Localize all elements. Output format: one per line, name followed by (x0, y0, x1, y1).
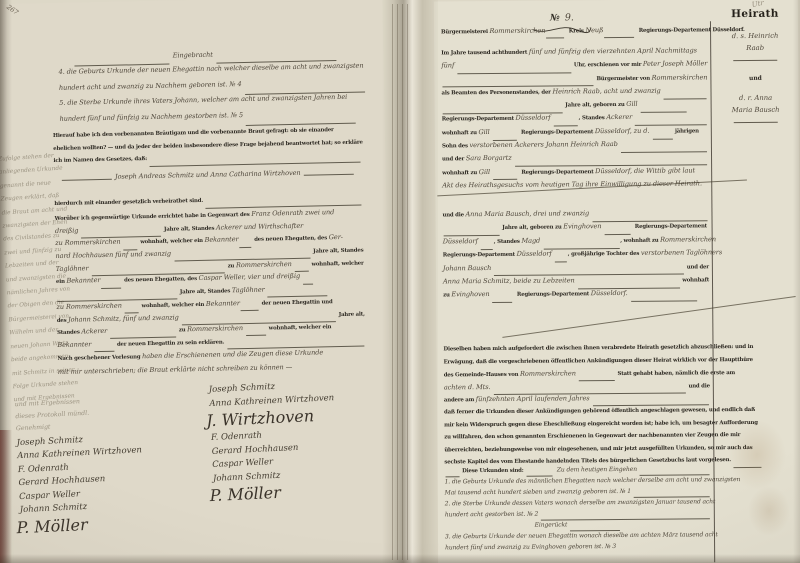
handwritten-text: Ackerer (606, 114, 634, 122)
numero-sign: № (550, 13, 560, 23)
blank-rule (481, 248, 493, 250)
blank-rule (635, 124, 707, 127)
handwritten-text: Rommerskirchen (652, 74, 708, 82)
blank-rule (555, 260, 567, 262)
printed-text: des neuen Ehegatten, des (252, 236, 328, 244)
printed-text: mir kein Widerspruch gegen diese Eheschl… (444, 419, 758, 428)
blank-rule (457, 71, 571, 74)
blank-rule (62, 178, 112, 181)
handwritten-text: Ackerer und Wirthschafter (216, 222, 303, 232)
printed-text: Regierungs-Departement (442, 116, 516, 123)
printed-text: , Standes (579, 116, 607, 123)
margin-bride-name: d. r. AnnaMaria Bausch (717, 91, 795, 117)
blank-rule (94, 350, 114, 352)
margin-rule (733, 58, 777, 60)
blank-rule (592, 219, 707, 222)
printed-text: Nach geschehener Vorlesung (58, 354, 143, 362)
printed-text: und die (687, 383, 710, 390)
blank-rule (246, 334, 266, 336)
printed-text: Jahre alt, Standes (162, 225, 216, 233)
handwritten-text: Joseph Andreas Schmitz und Anna Catharin… (113, 170, 303, 182)
printed-text: , großjährige Tochter des (568, 251, 641, 258)
handwritten-text: Bekannter (206, 300, 240, 309)
printed-text: Standes (57, 330, 81, 337)
right-page: Utr № 9. Heirath d. s. HeinrichRaab und … (434, 0, 800, 563)
printed-text: Regierungs-Departement (631, 224, 707, 231)
blank-rule (634, 495, 710, 498)
blank-rule (102, 286, 122, 288)
handwritten-text: fünf (441, 63, 456, 71)
handwritten-text: Evinghoven (451, 291, 491, 299)
handwritten-text: Düsseldorf, die Wittib gibt laut (595, 167, 695, 176)
text-line: zu Evinghoven Regierungs-Departement Düs… (443, 290, 709, 305)
blank-rule (652, 137, 672, 139)
printed-text: Bürgermeisterei (441, 29, 490, 36)
printed-text: zu (177, 327, 187, 334)
printed-text: wohnhaft, welcher ein (267, 324, 332, 332)
printed-text: des neuen Ehegatten, des (122, 276, 198, 284)
blank-rule (493, 301, 513, 303)
couple-names-line: Joseph Andreas Schmitz und Anna Catharin… (56, 169, 360, 183)
left-page: 267 Zufolge stehen deranliegenden Urkund… (2, 0, 394, 563)
printed-text: Sohn des (442, 143, 470, 150)
blank-rule (125, 311, 139, 313)
handwritten-text: dreißig (55, 227, 81, 235)
handwritten-text: fünf und fünfzig den vierzehnten April N… (529, 47, 697, 56)
printed-text: ich im Namen des Gesetzes, daß: (53, 156, 148, 164)
municipality-header-line: Bürgermeisterei Rommerskirchen Kreis Neu… (441, 26, 707, 40)
handwritten-text: achten d. Mts. (444, 384, 493, 392)
handwritten-text: Gill (478, 129, 491, 137)
blank-rule (631, 300, 697, 303)
handwritten-text: Heinrich Raab, acht und zwanzig (552, 88, 662, 97)
blank-rule (554, 125, 578, 127)
handwritten-text: Neuß (585, 27, 603, 35)
blank-rule (640, 473, 710, 476)
handwritten-text: Zu dem heutigen Eingehen (553, 466, 639, 474)
handwritten-text: Eingebracht (171, 52, 215, 61)
printed-text: Jahre alt, geboren zu (564, 102, 627, 109)
handwritten-text: Gill (626, 101, 639, 109)
blank-rule (150, 161, 361, 167)
handwritten-line: Maria Bausch (717, 104, 795, 117)
blank-rule (621, 150, 707, 153)
register-book-photo: 267 Zufolge stehen deranliegenden Urkund… (0, 0, 800, 563)
handwritten-text: Bekannter (57, 341, 93, 350)
printed-text: , wohnhaft zu (620, 237, 660, 244)
printed-text: Erwägung, daß die vorgeschriebenen öffen… (444, 357, 753, 366)
handwritten-text: hundert fünf und zwanzig zu Evinghoven g… (445, 543, 616, 552)
printed-text: Bürgermeister von (595, 75, 652, 82)
printed-text: der neuen Ehegattin und (260, 299, 333, 307)
handwritten-text: Taglöhner (232, 287, 267, 296)
handwritten-text: Düsseldorf. (591, 290, 630, 298)
handwritten-text: Bekannter (66, 277, 100, 286)
blank-rule (446, 475, 460, 477)
handwritten-text: 2. die Sterbe Urkunde dessen Vaters wona… (445, 498, 716, 507)
printed-text: Kreis (565, 28, 585, 35)
handwritten-text: Anna Maria Bausch, drei und zwanzig (465, 210, 591, 219)
printed-text: Regierungs-Departement (514, 292, 591, 299)
handwritten-text: Sara Borgartz (466, 155, 514, 163)
printed-text: der neuen Ehegattin zu sein erklären. (115, 339, 226, 348)
printed-text: und der (685, 264, 709, 271)
printed-text: und die (442, 212, 465, 219)
blank-rule (593, 404, 709, 407)
blank-rule (664, 97, 707, 99)
printed-text: Regierungs-Departement Düsseldorf. (635, 27, 744, 34)
handwritten-text: Johann Bausch (443, 265, 493, 273)
printed-text: Jahre alt, Standes (178, 288, 232, 296)
printed-text: Regierungs-Departement (518, 169, 595, 176)
printed-text: Regierungs-Departement (518, 129, 595, 136)
book-cover-edge (0, 430, 12, 563)
handwritten-text: Rommerskirchen (520, 371, 578, 379)
printed-text: daß ferner die Urkunden dieser Ankündigu… (444, 407, 755, 416)
printed-text: Diese Urkunden sind: (460, 468, 525, 475)
handwritten-text: Peter Joseph Möller (643, 61, 707, 69)
handwritten-text: zu Rommerskirchen (56, 302, 123, 311)
handwritten-text: haben die Erschienenen und die Zeugen di… (142, 349, 323, 361)
blank-rule (641, 110, 687, 112)
printed-text: zu willfahren, den schon genannten Ersch… (444, 432, 740, 441)
handwritten-text: Düsseldorf, zu d. (595, 128, 652, 136)
blank-rule (734, 466, 762, 468)
blank-rule (241, 309, 259, 311)
printed-text: und der (442, 157, 466, 164)
blank-rule (246, 121, 356, 125)
printed-text: zu (226, 263, 236, 270)
signature: P. Möller (16, 511, 201, 536)
vorlesung-paragraph: Nach geschehener Vorlesung haben die Ers… (58, 349, 366, 382)
margin-rule (734, 120, 778, 122)
handwritten-text: 3. die Geburts Urkunde der neuen Ehegatt… (445, 531, 718, 540)
printed-text: andere am (444, 397, 476, 404)
right-edge-shadow (793, 0, 800, 563)
blank-rule (604, 233, 630, 235)
printed-text: hierdurch mit einander gesetzlich verhei… (54, 198, 204, 208)
record-number-value: 9. (565, 12, 574, 23)
printed-text: Im Jahre tausend achthundert (441, 50, 529, 57)
blank-rule (546, 36, 564, 38)
printed-text: Worüber ich gegenwärtige Urkunde erricht… (55, 212, 252, 223)
handwritten-text: nard Hochhausen fünf und zwanzig (55, 251, 173, 261)
declaration-paragraph: Dieselben haben mich aufgefordert die zw… (444, 344, 711, 472)
printed-text: Statt gehabt haben, nämlich die erste am (616, 370, 735, 377)
handwritten-text: Evinghoven (563, 224, 603, 232)
handwritten-text: Caspar Weller, vier und dreißig (199, 273, 303, 283)
handwritten-text: fünfzehnten April laufenden Jahres (476, 396, 592, 405)
printed-text: , Standes (494, 239, 522, 246)
margin-und-label: und (716, 74, 794, 82)
handwritten-text: zu Rommerskirchen (55, 239, 122, 248)
blank-rule (543, 247, 619, 250)
bride-paragraph: und die Anna Maria Bausch, drei und zwan… (442, 209, 709, 305)
printed-text: wohnhaft zu (442, 170, 479, 177)
handwritten-text: Mai tausend acht hundert sieben und zwan… (445, 488, 633, 497)
text-line: Bürgermeisterei Rommerskirchen Kreis Neu… (441, 26, 707, 40)
printed-text: als Beamten des Personenstandes, der (441, 89, 552, 96)
handwritten-line: Raab (716, 42, 794, 55)
signature: J. Wirtzhoven (206, 405, 381, 429)
signature: P. Möller (209, 480, 384, 504)
handwritten-text: Johann Schmitz, fünf und zwanzig (68, 314, 181, 324)
printed-text: wohnhaft (681, 277, 709, 284)
text-line: Joseph Andreas Schmitz und Anna Catharin… (56, 169, 360, 183)
printed-text: des Gemeinde-Hauses von (444, 372, 520, 379)
printed-text: Dieselben haben mich aufgefordert die zw… (444, 344, 754, 353)
handwritten-text: Magd (521, 237, 542, 245)
blank-rule (304, 173, 354, 176)
handwritten-text: Rommerskirchen (660, 236, 716, 244)
blank-rule (604, 35, 634, 37)
printed-text: wohnhaft, welcher ein (138, 238, 204, 246)
handwritten-text: Rommerskirchen (187, 325, 245, 334)
printed-text: Regierungs-Departement (443, 252, 517, 259)
witnesses-paragraph: Worüber ich gegenwärtige Urkunde erricht… (55, 209, 366, 355)
printed-text: wohnhaft zu (442, 130, 479, 137)
printed-text: überreichten, beziehungsweise von mir ei… (444, 445, 752, 454)
question-paragraph: Hierauf habe ich den vorbenannten Bräuti… (53, 127, 362, 171)
printed-text: des (57, 317, 68, 324)
document-items-4-5: 4. die Geburts Urkunde der neuen Ehegatt… (59, 63, 360, 131)
printed-text: Jahre alt, geboren zu (501, 225, 564, 232)
blank-rule (240, 245, 252, 247)
printed-text: Jahre alt, Standes (311, 248, 363, 256)
handwritten-text: Ger- (329, 234, 343, 242)
handwritten-text: Rommerskirchen (236, 261, 294, 270)
blank-rule (303, 282, 313, 284)
handwritten-text: Bekannter (204, 237, 238, 246)
signatures-center-column: Joseph SchmitzAnna Kathreinen Wirtzhoven… (209, 378, 385, 509)
handwritten-text: Eingerückt (535, 521, 570, 528)
printed-text: jährigen (673, 128, 699, 135)
gutter-page-edges (392, 4, 408, 560)
handwritten-text: Düsseldorf (516, 115, 553, 123)
handwritten-text: hundert acht gestorben ist. № 2 (445, 511, 540, 519)
blank-rule (579, 379, 615, 381)
groom-paragraph: Im Jahre tausend achthundert fünf und fü… (441, 47, 708, 195)
handwritten-text: Taglöhner (56, 265, 91, 274)
bottom-edge-shadow (0, 554, 800, 563)
printed-text: ein (56, 279, 67, 286)
blank-rule (526, 474, 552, 476)
handwritten-line: d. r. Anna (717, 91, 795, 104)
blank-rule (570, 528, 620, 530)
heirath-heading: Heirath (716, 9, 794, 20)
book-gutter-shadow (382, 0, 438, 563)
blank-rule (206, 203, 362, 208)
handwritten-text: Düsseldorf (443, 238, 480, 246)
printed-text: Uhr, erschienen vor mir (572, 62, 643, 69)
handwritten-text: Rommerskirchen (490, 28, 546, 36)
handwritten-text: 1. die Geburts Urkunde des männlichen Eh… (445, 476, 741, 486)
handwritten-text: Düsseldorf (517, 251, 554, 259)
printed-text: Jahre alt, (337, 311, 365, 318)
handwritten-text: Franz Odenrath zwei und (251, 209, 334, 219)
documents-list: Diese Urkunden sind: Zu dem heutigen Ein… (444, 465, 711, 555)
handwritten-text: verstorbenen Taglöhners (641, 249, 722, 258)
handwritten-text: Anna Maria Schmitz, beide zu Lebzeiten (443, 277, 577, 286)
handwritten-text: Ackerer (81, 328, 109, 336)
signatures-margin-column: und mit Ergebnissendieses Protokoll münd… (15, 394, 201, 541)
handwritten-text: Gill (479, 169, 492, 177)
printed-text: wohnhaft, welcher (310, 260, 364, 268)
printed-text: wohnhaft, welcher ein (140, 302, 206, 310)
handwritten-text: verstorbenen Ackerers Johann Heinrich Ra… (469, 141, 619, 150)
